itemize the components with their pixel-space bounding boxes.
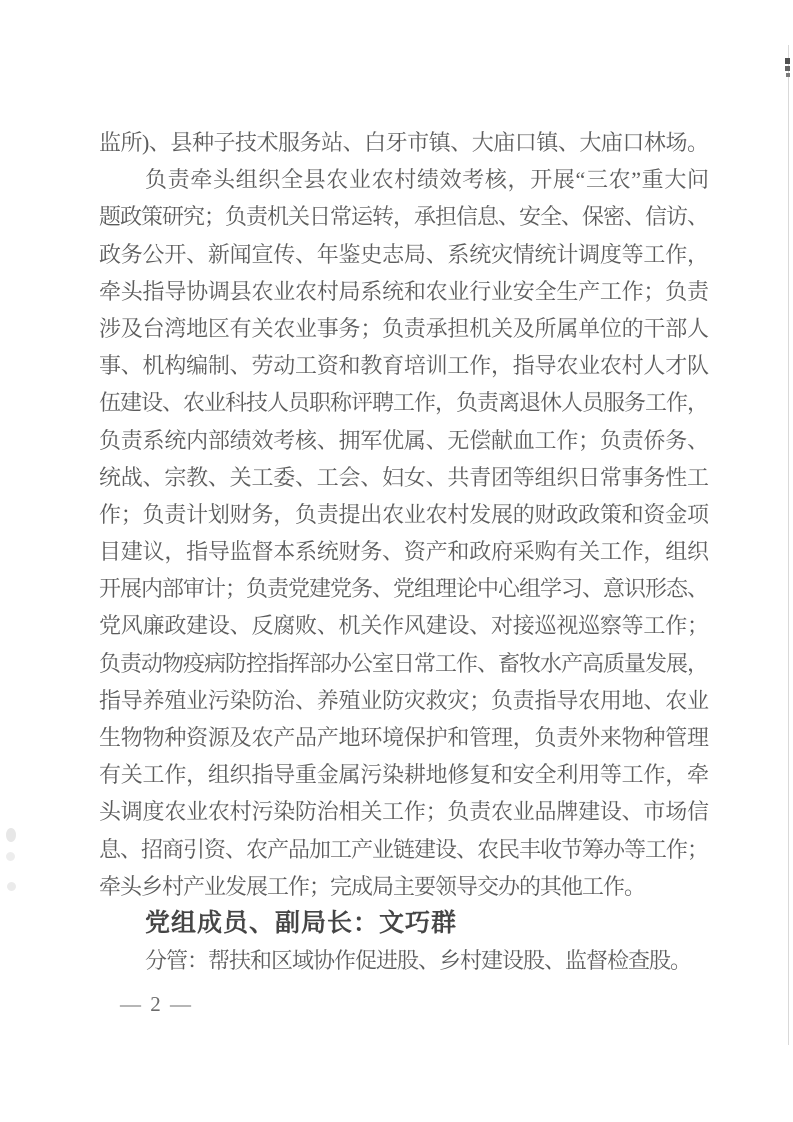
scan-mark-artifact <box>785 58 790 64</box>
text-line: 息、招商引资、农产品加工产业链建设、农民丰收节筹办等工作； <box>99 831 708 868</box>
scan-smudge-artifact <box>7 882 16 891</box>
scan-smudge-artifact <box>6 852 15 861</box>
text-line: 政务公开、新闻宣传、年鉴史志局、系统灾情统计调度等工作， <box>99 236 708 273</box>
text-line: 伍建设、农业科技人员职称评聘工作，负责离退休人员服务工作， <box>99 384 708 421</box>
text-line: 有关工作，组织指导重金属污染耕地修复和安全利用等工作，牵 <box>99 756 708 793</box>
text-line: 党风廉政建设、反腐败、机关作风建设、对接巡视巡察等工作； <box>99 607 708 644</box>
document-body: 监所)、县种子技术服务站、白牙市镇、大庙口镇、大庙口林场。负责牵头组织全县农业农… <box>99 124 708 979</box>
scan-mark-artifact <box>786 73 790 77</box>
text-line: 监所)、县种子技术服务站、白牙市镇、大庙口镇、大庙口林场。 <box>99 124 708 161</box>
text-line: 牵头乡村产业发展工作；完成局主要领导交办的其他工作。 <box>99 868 708 905</box>
text-line: 作；负责计划财务，负责提出农业农村发展的财政政策和资金项 <box>99 496 708 533</box>
page-number: — 2 — <box>120 992 193 1017</box>
text-line: 头调度农业农村污染防治相关工作；负责农业品牌建设、市场信 <box>99 793 708 830</box>
text-line: 题政策研究；负责机关日常运转，承担信息、安全、保密、信访、 <box>99 198 708 235</box>
text-line: 涉及台湾地区有关农业事务；负责承担机关及所属单位的干部人 <box>99 310 708 347</box>
text-line: 牵头指导协调县农业农村局系统和农业行业安全生产工作；负责 <box>99 273 708 310</box>
heading-line: 党组成员、副局长：文巧群 <box>99 905 708 942</box>
text-line: 目建议，指导监督本系统财务、资产和政府采购有关工作，组织 <box>99 533 708 570</box>
text-line: 开展内部审计；负责党建党务、党组理论中心组学习、意识形态、 <box>99 570 708 607</box>
text-line: 生物物种资源及农产品产地环境保护和管理，负责外来物种管理 <box>99 719 708 756</box>
text-line: 负责动物疫病防控指挥部办公室日常工作、畜牧水产高质量发展， <box>99 645 708 682</box>
text-line: 负责系统内部绩效考核、拥军优属、无偿献血工作；负责侨务、 <box>99 422 708 459</box>
scan-smudge-artifact <box>6 828 16 842</box>
text-line: 事、机构编制、劳动工资和教育培训工作，指导农业农村人才队 <box>99 347 708 384</box>
scan-mark-artifact <box>785 66 790 71</box>
scanned-document-page: 监所)、县种子技术服务站、白牙市镇、大庙口镇、大庙口林场。负责牵头组织全县农业农… <box>0 0 793 1122</box>
text-line: 负责牵头组织全县农业农村绩效考核，开展“三农”重大问 <box>99 161 708 198</box>
text-line: 统战、宗教、关工委、工会、妇女、共青团等组织日常事务性工 <box>99 459 708 496</box>
text-line: 指导养殖业污染防治、养殖业防灾救灾；负责指导农用地、农业 <box>99 682 708 719</box>
scan-edge-line-artifact <box>788 45 789 1045</box>
text-line: 分管：帮扶和区域协作促进股、乡村建设股、监督检查股。 <box>99 942 708 979</box>
